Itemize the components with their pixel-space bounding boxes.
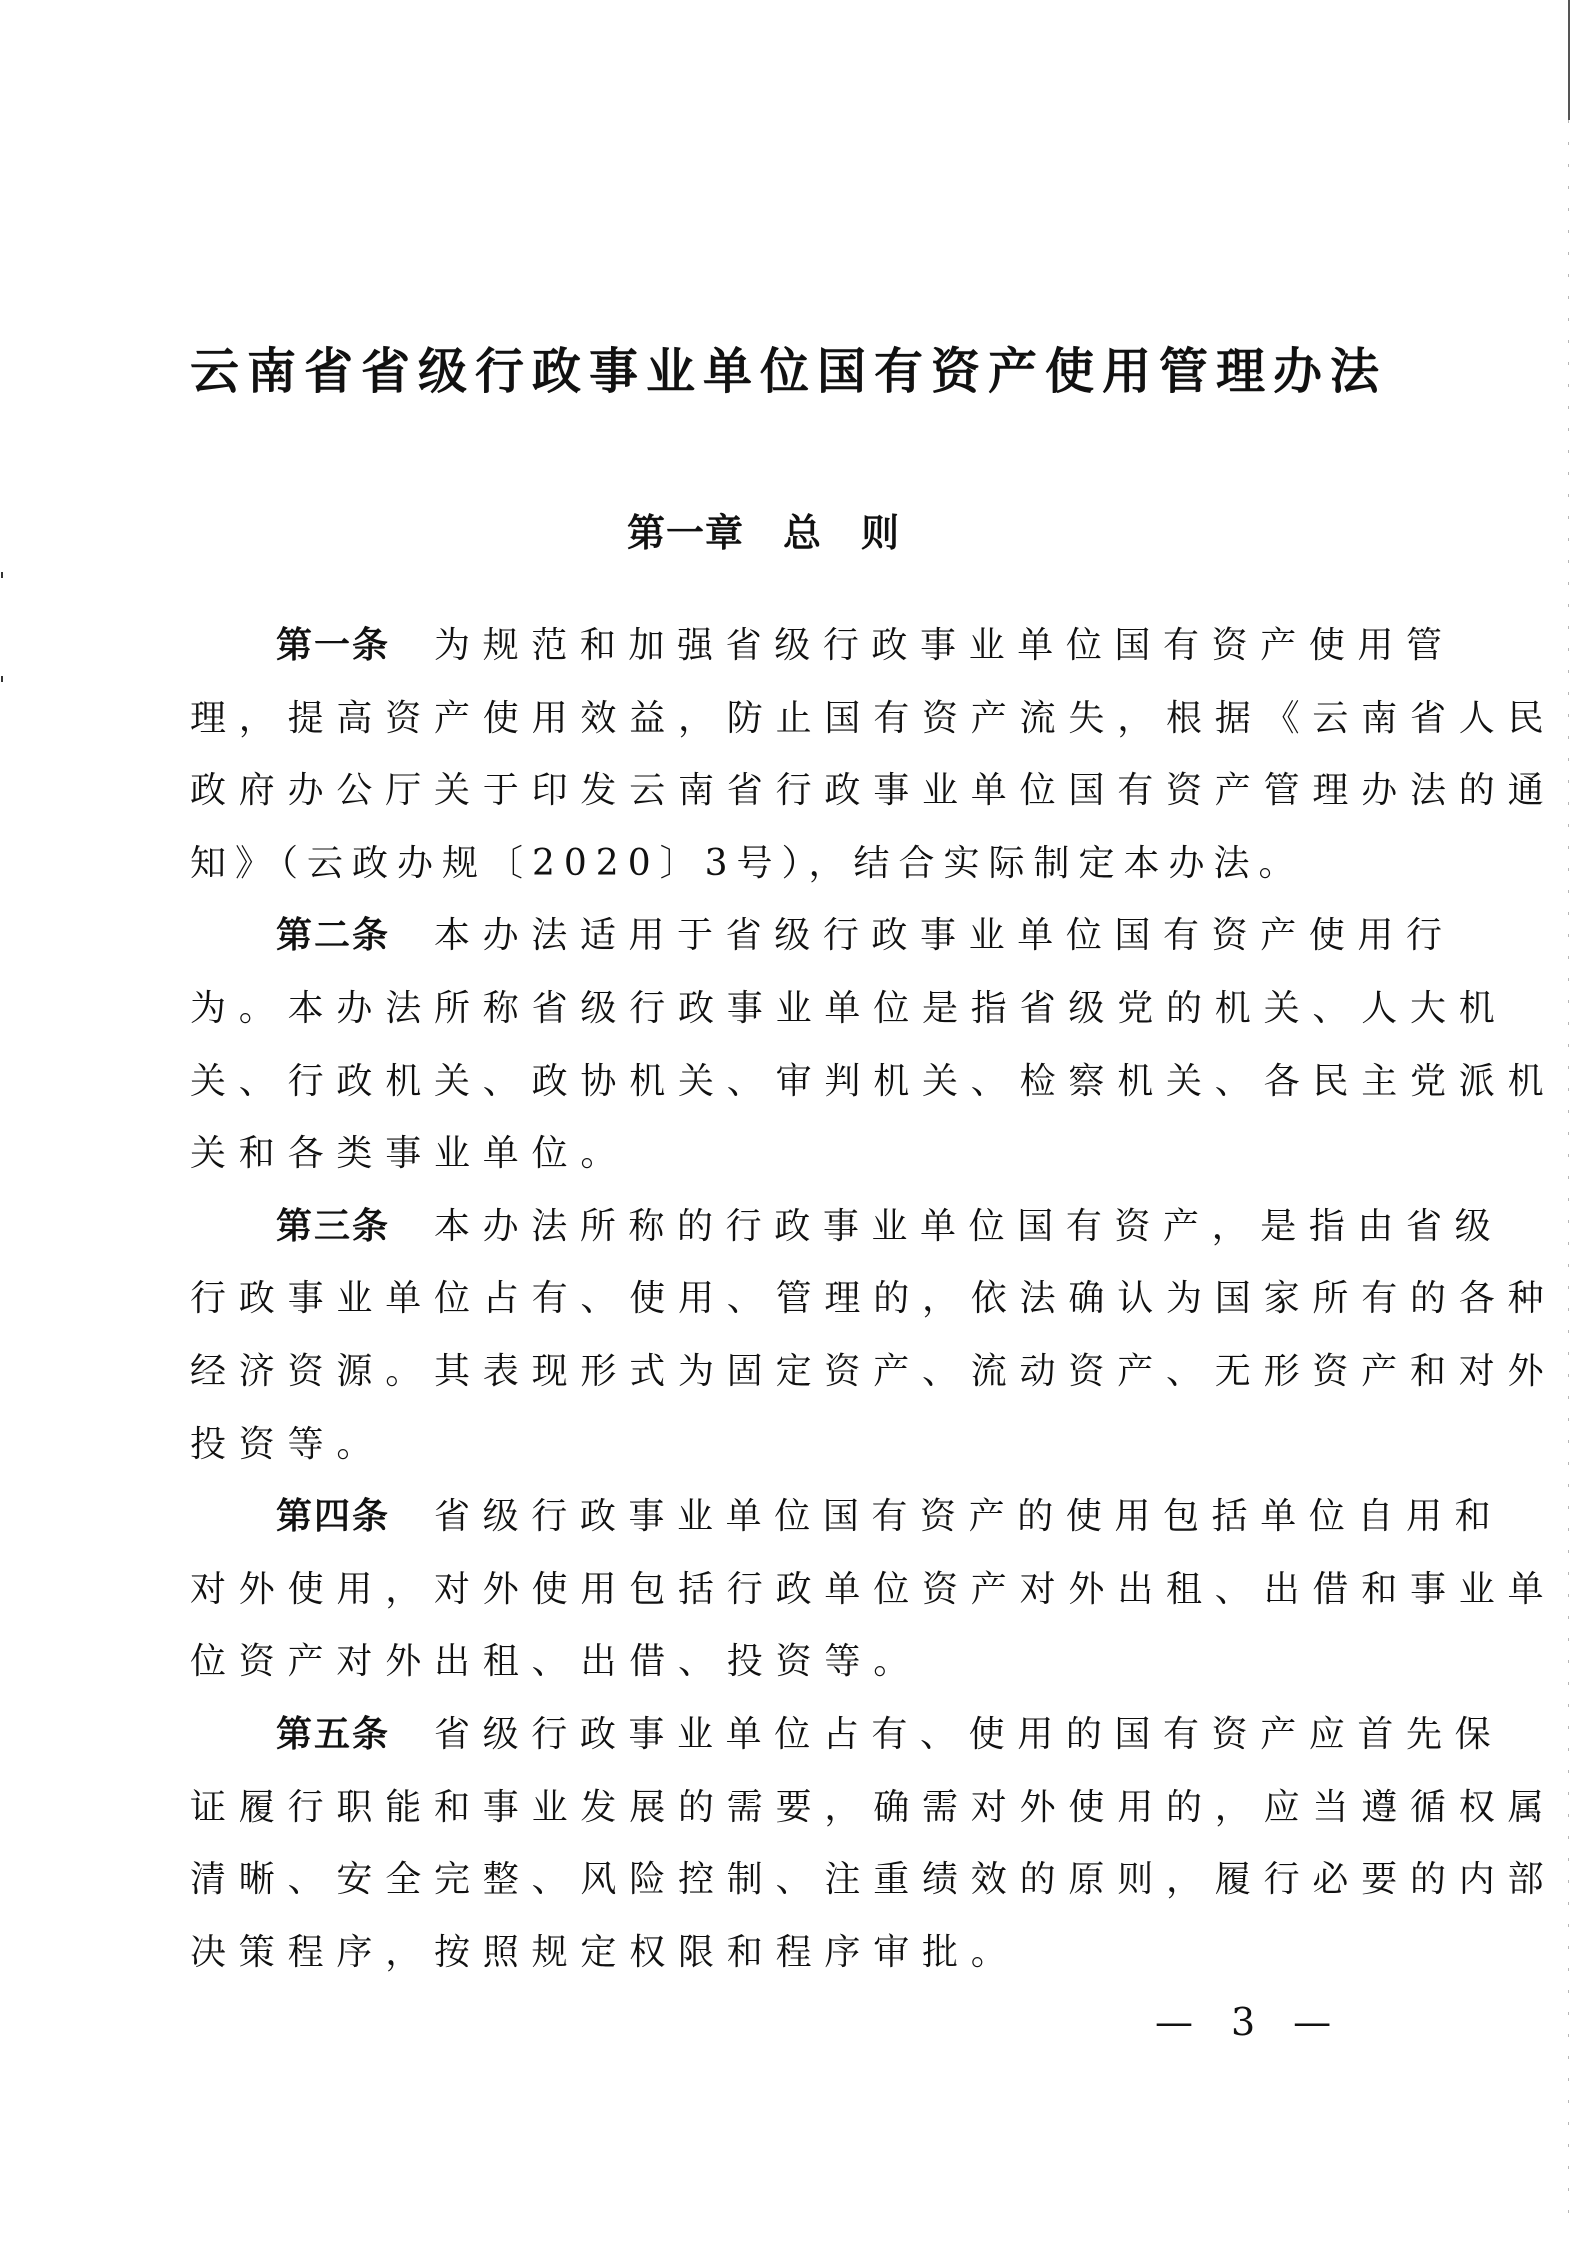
article-4-line-1: 第四条省级行政事业单位国有资产的使用包括单位自用和 [190, 1491, 1365, 1564]
article-text: 省级行政事业单位占有、使用的国有资产应首先保 [434, 1714, 1503, 1755]
article-5-line-3: 清晰、安全完整、风险控制、注重绩效的原则，履行必要的内部 [190, 1854, 1365, 1927]
article-1-line-1: 第一条为规范和加强省级行政事业单位国有资产使用管 [190, 620, 1365, 693]
article-label: 第三条 [276, 1206, 390, 1247]
article-2-line-2: 为。本办法所称省级行政事业单位是指省级党的机关、人大机 [190, 983, 1365, 1056]
article-5-line-1: 第五条省级行政事业单位占有、使用的国有资产应首先保 [190, 1709, 1365, 1782]
article-1-line-3: 政府办公厅关于印发云南省行政事业单位国有资产管理办法的通 [190, 765, 1365, 838]
article-3-line-1: 第三条本办法所称的行政事业单位国有资产，是指由省级 [190, 1201, 1365, 1274]
chapter-heading: 第一章 总 则 [627, 508, 900, 558]
document-title: 云南省省级行政事业单位国有资产使用管理办法 [190, 340, 1350, 404]
article-3-line-3: 经济资源。其表现形式为固定资产、流动资产、无形资产和对外 [190, 1346, 1365, 1419]
scan-mark [1, 572, 3, 578]
scan-edge-noise [1568, 120, 1569, 2220]
document-body: 第一条为规范和加强省级行政事业单位国有资产使用管 理，提高资产使用效益，防止国有… [190, 620, 1365, 1999]
article-text: 为规范和加强省级行政事业单位国有资产使用管 [434, 625, 1455, 666]
article-3-line-2: 行政事业单位占有、使用、管理的，依法确认为国家所有的各种 [190, 1273, 1365, 1346]
article-2-line-3: 关、行政机关、政协机关、审判机关、检察机关、各民主党派机 [190, 1056, 1365, 1129]
article-4-line-2: 对外使用，对外使用包括行政单位资产对外出租、出借和事业单 [190, 1564, 1365, 1637]
article-2-line-1: 第二条本办法适用于省级行政事业单位国有资产使用行 [190, 910, 1365, 983]
article-1-line-2: 理，提高资产使用效益，防止国有资产流失，根据《云南省人民 [190, 693, 1365, 766]
article-label: 第四条 [276, 1496, 390, 1537]
article-2-line-4: 关和各类事业单位。 [190, 1128, 1365, 1201]
article-label: 第二条 [276, 915, 390, 956]
article-3-line-4: 投资等。 [190, 1419, 1365, 1492]
scan-edge-line [1568, 0, 1570, 120]
article-text: 本办法所称的行政事业单位国有资产，是指由省级 [434, 1206, 1503, 1247]
article-label: 第五条 [276, 1714, 390, 1755]
article-text: 本办法适用于省级行政事业单位国有资产使用行 [434, 915, 1455, 956]
article-5-line-4: 决策程序，按照规定权限和程序审批。 [190, 1927, 1365, 2000]
article-text: 省级行政事业单位国有资产的使用包括单位自用和 [434, 1496, 1503, 1537]
scan-mark [1, 676, 3, 682]
article-5-line-2: 证履行职能和事业发展的需要，确需对外使用的，应当遵循权属 [190, 1782, 1365, 1855]
page-number: — 3 — [1155, 2000, 1331, 2044]
article-1-line-4: 知》（云政办规〔2020〕3号），结合实际制定本办法。 [190, 838, 1365, 911]
article-4-line-3: 位资产对外出租、出借、投资等。 [190, 1636, 1365, 1709]
article-label: 第一条 [276, 625, 390, 666]
